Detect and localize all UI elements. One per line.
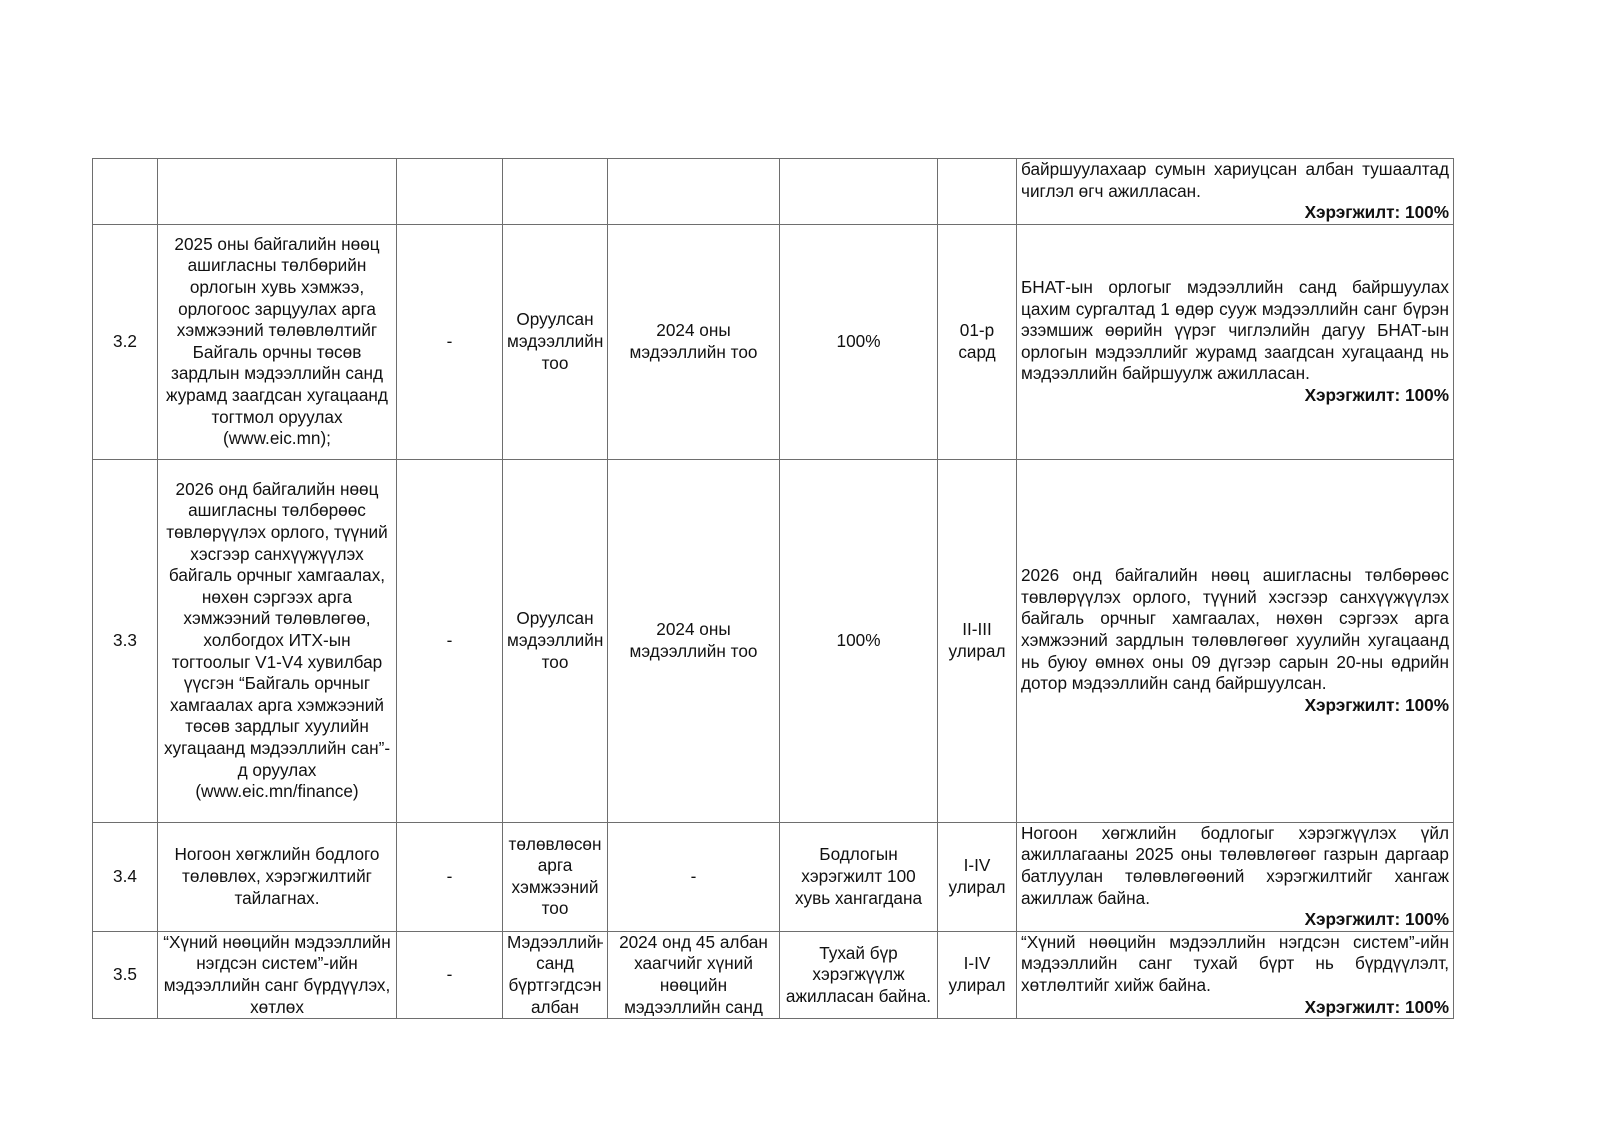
report-text: БНАТ-ын орлогыг мэдээллийн санд байршуул… bbox=[1021, 277, 1449, 385]
report-text: “Хүний нөөцийн мэдээллийн нэгдсэн систем… bbox=[1021, 932, 1449, 997]
target-cell: 100% bbox=[780, 224, 938, 459]
completion-score: Хэрэгжилт: 100% bbox=[1021, 997, 1449, 1019]
target-cell bbox=[780, 159, 938, 225]
row-number: 3.2 bbox=[93, 224, 158, 459]
base-level-cell: 2024 оны мэдээллийн тоо bbox=[608, 224, 780, 459]
report-text: байршуулахаар сумын хариуцсан албан туша… bbox=[1021, 159, 1449, 202]
indicator-cell: Оруулсан мэдээллийн тоо bbox=[503, 224, 608, 459]
report-cell: “Хүний нөөцийн мэдээллийн нэгдсэн систем… bbox=[1017, 931, 1454, 1018]
target-cell: 100% bbox=[780, 459, 938, 822]
indicator-cell bbox=[503, 159, 608, 225]
row-number: 3.5 bbox=[93, 931, 158, 1018]
baseline-cell: - bbox=[397, 931, 503, 1018]
baseline-cell bbox=[397, 159, 503, 225]
target-cell: Бодлогын хэрэгжилт 100 хувь хангагдана bbox=[780, 822, 938, 931]
activity-cell bbox=[158, 159, 397, 225]
deadline-cell: I-IV улирал bbox=[938, 822, 1017, 931]
table-row: 3.4 Ногоон хөгжлийн бодлого төлөвлөх, хэ… bbox=[93, 822, 1454, 931]
activity-cell: 2026 онд байгалийн нөөц ашигласны төлбөр… bbox=[158, 459, 397, 822]
table-row: 3.3 2026 онд байгалийн нөөц ашигласны тө… bbox=[93, 459, 1454, 822]
deadline-cell: II-III улирал bbox=[938, 459, 1017, 822]
baseline-cell: - bbox=[397, 459, 503, 822]
report-cell: 2026 онд байгалийн нөөц ашигласны төлбөр… bbox=[1017, 459, 1454, 822]
indicator-cell: төлөвлөсөн арга хэмжээний тоо bbox=[503, 822, 608, 931]
activity-text: “Хүний нөөцийн мэдээллийн нэгдсэн систем… bbox=[162, 932, 392, 1016]
base-level-text: 2024 онд 45 албан хаагчийг хүний нөөцийн… bbox=[612, 932, 775, 1016]
activity-cell: 2025 оны байгалийн нөөц ашигласны төлбөр… bbox=[158, 224, 397, 459]
completion-score: Хэрэгжилт: 100% bbox=[1021, 202, 1449, 224]
table-row: байршуулахаар сумын хариуцсан албан туша… bbox=[93, 159, 1454, 225]
indicator-text: Мэдээллийн санд бүртгэгдсэн албан bbox=[507, 932, 603, 1016]
table-row: 3.5 “Хүний нөөцийн мэдээллийн нэгдсэн си… bbox=[93, 931, 1454, 1018]
table-row: 3.2 2025 оны байгалийн нөөц ашигласны тө… bbox=[93, 224, 1454, 459]
indicator-cell: Мэдээллийн санд бүртгэгдсэн албан bbox=[503, 931, 608, 1018]
baseline-cell: - bbox=[397, 822, 503, 931]
completion-score: Хэрэгжилт: 100% bbox=[1021, 909, 1449, 931]
deadline-cell: 01-р сард bbox=[938, 224, 1017, 459]
base-level-cell: - bbox=[608, 822, 780, 931]
report-text: Ногоон хөгжлийн бодлогыг хэрэгжүүлэх үйл… bbox=[1021, 823, 1449, 909]
activity-cell: Ногоон хөгжлийн бодлого төлөвлөх, хэрэгж… bbox=[158, 822, 397, 931]
report-text: 2026 онд байгалийн нөөц ашигласны төлбөр… bbox=[1021, 565, 1449, 695]
deadline-cell bbox=[938, 159, 1017, 225]
row-number: 3.3 bbox=[93, 459, 158, 822]
report-cell: байршуулахаар сумын хариуцсан албан туша… bbox=[1017, 159, 1454, 225]
report-cell: Ногоон хөгжлийн бодлогыг хэрэгжүүлэх үйл… bbox=[1017, 822, 1454, 931]
row-number: 3.4 bbox=[93, 822, 158, 931]
activity-cell: “Хүний нөөцийн мэдээллийн нэгдсэн систем… bbox=[158, 931, 397, 1018]
target-cell: Тухай бүр хэрэгжүүлж ажилласан байна. bbox=[780, 931, 938, 1018]
deadline-cell: I-IV улирал bbox=[938, 931, 1017, 1018]
baseline-cell: - bbox=[397, 224, 503, 459]
row-number bbox=[93, 159, 158, 225]
indicator-cell: Оруулсан мэдээллийн тоо bbox=[503, 459, 608, 822]
activity-report-table: байршуулахаар сумын хариуцсан албан туша… bbox=[92, 158, 1454, 1019]
report-cell: БНАТ-ын орлогыг мэдээллийн санд байршуул… bbox=[1017, 224, 1454, 459]
completion-score: Хэрэгжилт: 100% bbox=[1021, 385, 1449, 407]
completion-score: Хэрэгжилт: 100% bbox=[1021, 695, 1449, 717]
base-level-cell bbox=[608, 159, 780, 225]
base-level-cell: 2024 онд 45 албан хаагчийг хүний нөөцийн… bbox=[608, 931, 780, 1018]
base-level-cell: 2024 оны мэдээллийн тоо bbox=[608, 459, 780, 822]
